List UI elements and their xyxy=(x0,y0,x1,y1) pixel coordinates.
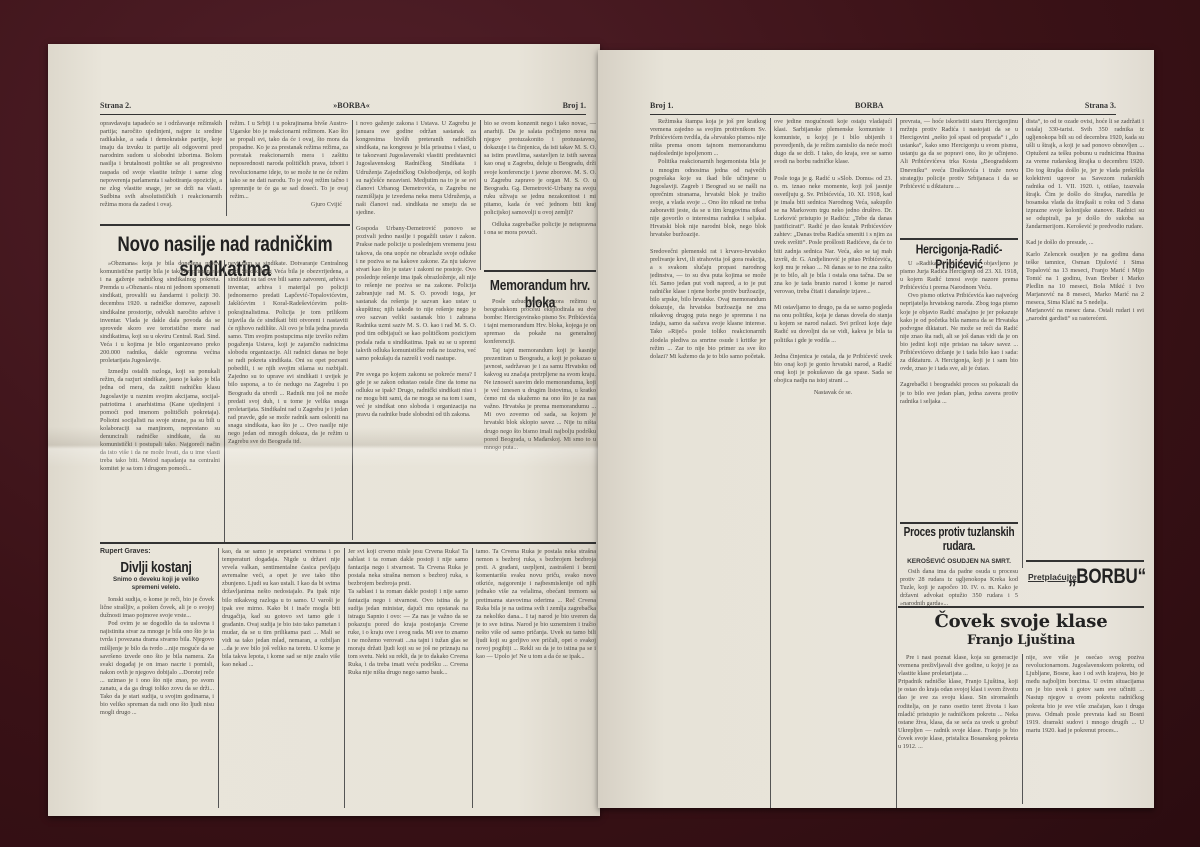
article-kicker: Rupert Graves: xyxy=(100,548,212,555)
headline-proces-tuzlanskih: Proces protiv tuzlanskih rudara. xyxy=(900,526,1018,554)
article-body: Pre i nasi poznat klase, koja su generac… xyxy=(898,654,1018,808)
issue-number: Broj 1. xyxy=(650,101,673,110)
article-body: Osih dana ima da padne osuda u procesu p… xyxy=(900,568,1018,606)
article-body: U »Radikalu« od 9. o. m. objavljeno je p… xyxy=(900,260,1018,520)
issue-number: Broj 1. xyxy=(563,101,586,110)
article-subhead: KEROŠEVIĆ OSUDJEN NA SMRT. xyxy=(900,558,1018,565)
article-subhead: Snimo o deveku koji je veliko spremeni v… xyxy=(104,576,208,592)
masthead-small: BORBA xyxy=(855,101,883,110)
text-column: dista“, to od te ozade ovisi, hoće li se… xyxy=(1026,118,1144,558)
headline-divlji-kostanj: Divlji kostanj xyxy=(100,558,212,576)
text-column: tamo. Ta Crvena Ruka je postala neka str… xyxy=(476,548,596,808)
article-body: Režimska štampa koja je još pre kratkog … xyxy=(650,118,766,808)
page-number: Strana 3. xyxy=(1085,101,1116,110)
text-column: prevrata, — hoće iskoristiti staru Herci… xyxy=(900,118,1018,236)
running-header-right: Broj 1. BORBA Strana 3. xyxy=(650,100,1116,115)
article-body: Jer svi koji crveno misle jesu Crvena Ru… xyxy=(348,548,468,808)
text-column: opravdavaju tapadećo se i održavanje rež… xyxy=(100,120,222,220)
text-column: i novo gaženje zakona i Ustava. U Zagreb… xyxy=(356,120,476,540)
masthead-small: »BORBA« xyxy=(333,101,369,110)
page-number: Strana 2. xyxy=(100,101,131,110)
article-body: nevi nam sa sindikate. Dotvaranje Centra… xyxy=(228,260,348,542)
newspaper-left-page: Strana 2. »BORBA« Broj 1. opravdavaju ta… xyxy=(48,44,600,816)
text-column: kao, da se samo je srepetanci vremena i … xyxy=(222,548,340,808)
text-column: nije, sve više je osećao svog poziva rev… xyxy=(1026,654,1144,808)
byline-franjo-ljustina: Franjo Ljuština xyxy=(898,633,1144,648)
newspaper-right-page: Broj 1. BORBA Strana 3. Režimska štampa … xyxy=(598,50,1154,808)
article-body: Posle uzbudljivog pozora režimu u beogra… xyxy=(484,298,596,542)
subscribe-borba: „BORBU“ xyxy=(1068,564,1144,589)
subscribe-label: Pretplaćujte xyxy=(1028,572,1068,582)
text-column: bio se ovom konzenit nego i tako novac, … xyxy=(484,120,596,270)
running-header-left: Strana 2. »BORBA« Broj 1. xyxy=(100,100,586,115)
text-column: režim. I u Srbiji i u pokrajinama bivše … xyxy=(230,120,348,220)
article-body: »Obzmana« koja je bila donesena protiv k… xyxy=(100,260,220,542)
article-body: Ionski sudija, o kome je reči, bio je čo… xyxy=(100,596,214,806)
text-column: ove jedine mogućnosti koje ostaju vladaj… xyxy=(774,118,892,808)
headline-covek-svoje-klase: Čovek svoje klase xyxy=(898,611,1144,632)
